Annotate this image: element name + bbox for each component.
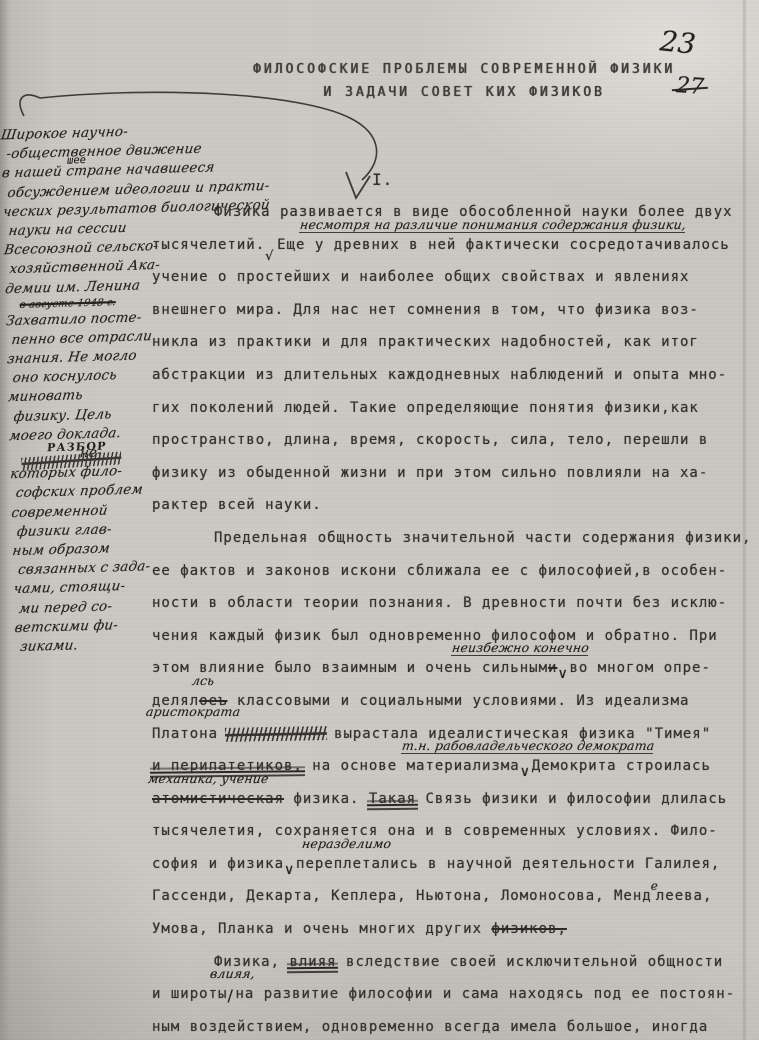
page-number-top: 23 — [658, 24, 697, 61]
handwritten-insert: неизбежно конечно — [451, 641, 590, 656]
typed-line: учение о простейших и наиболее общих сво… — [152, 261, 752, 294]
inserted-letter: е — [651, 879, 659, 893]
typed-line: ным воздействием, одновременно всегда им… — [152, 1011, 752, 1040]
margin-notes-column: Широкое научно--общественное движениев н… — [1, 122, 174, 657]
struck-word: влияя — [289, 954, 336, 970]
typed-line: физику из обыденной жизни и при этом сил… — [152, 457, 752, 490]
body-text: Физика развивается в виде обособленной н… — [152, 196, 752, 1040]
handwritten-insert: механика, учение — [147, 772, 270, 786]
typed-line: неразделимо софия и физикапереплетались … — [152, 848, 752, 881]
title-line-1: ФИЛОСОФСКИЕ ПРОБЛЕМЫ СОВРЕМЕННОЙ ФИЗИКИ — [248, 58, 680, 81]
typed-line: абстракции из длительных каждодневных на… — [152, 359, 752, 392]
typed-line: рактер всей науки. — [152, 489, 752, 522]
typed-line: неизбежно конечно этом влияние было взаи… — [152, 652, 752, 685]
handwritten-insert: влияя, — [209, 967, 256, 981]
typed-line: Гассенди, Декарта, Кеплера, Ньютона, Лом… — [152, 880, 752, 913]
typed-line: ности в области теории познания. В древн… — [152, 587, 752, 620]
struck-word: Такая — [369, 791, 416, 807]
handwritten-insert: аристократа — [145, 705, 241, 719]
handwritten-insert: т.н. рабовладельческого демократа — [401, 739, 656, 754]
typed-line: ее фактов и законов искони сближала ее с… — [152, 555, 752, 588]
handwritten-insert: несмотря на различие понимания содержани… — [299, 218, 687, 233]
typed-line: пространство, длина, время, скорость, си… — [152, 424, 752, 457]
typed-line: гих поколений людей. Такие определяющие … — [152, 392, 752, 425]
scanned-typescript-page: 23 27 ФИЛОСОФСКИЕ ПРОБЛЕМЫ СОВРЕМЕННОЙ Ф… — [0, 0, 759, 1040]
typed-line: механика, учение атомистическая физика. … — [152, 783, 752, 816]
typed-line: несмотря на различие понимания содержани… — [152, 229, 752, 262]
document-title: ФИЛОСОФСКИЕ ПРОБЛЕМЫ СОВРЕМЕННОЙ ФИЗИКИ … — [248, 58, 680, 104]
typed-line: внешнего мира. Для нас нет сомнения в то… — [152, 294, 752, 327]
struck-word: физиков, — [491, 921, 566, 937]
title-line-2: И ЗАДАЧИ СОВЕТ КИХ ФИЗИКОВ — [248, 81, 680, 104]
handwritten-insert: неразделимо — [301, 837, 392, 851]
scribbled-out-word — [225, 726, 327, 742]
typed-line: тысячелетия, сохраняется она и в совреме… — [152, 815, 752, 848]
section-number: I. — [372, 170, 393, 189]
typed-line: влияя, и широтына развитие философии и с… — [152, 978, 752, 1011]
typed-line: Предельная общность значительной части с… — [152, 522, 752, 555]
typed-line: никла из практики и для практических над… — [152, 326, 752, 359]
struck-word: атомистическая — [152, 791, 284, 807]
typed-line: Умова, Планка и очень многих других физи… — [152, 913, 752, 946]
handwritten-correction: лсь — [191, 674, 215, 688]
typed-line: лсь делялоеъ классовыми и социальными ус… — [152, 685, 752, 718]
